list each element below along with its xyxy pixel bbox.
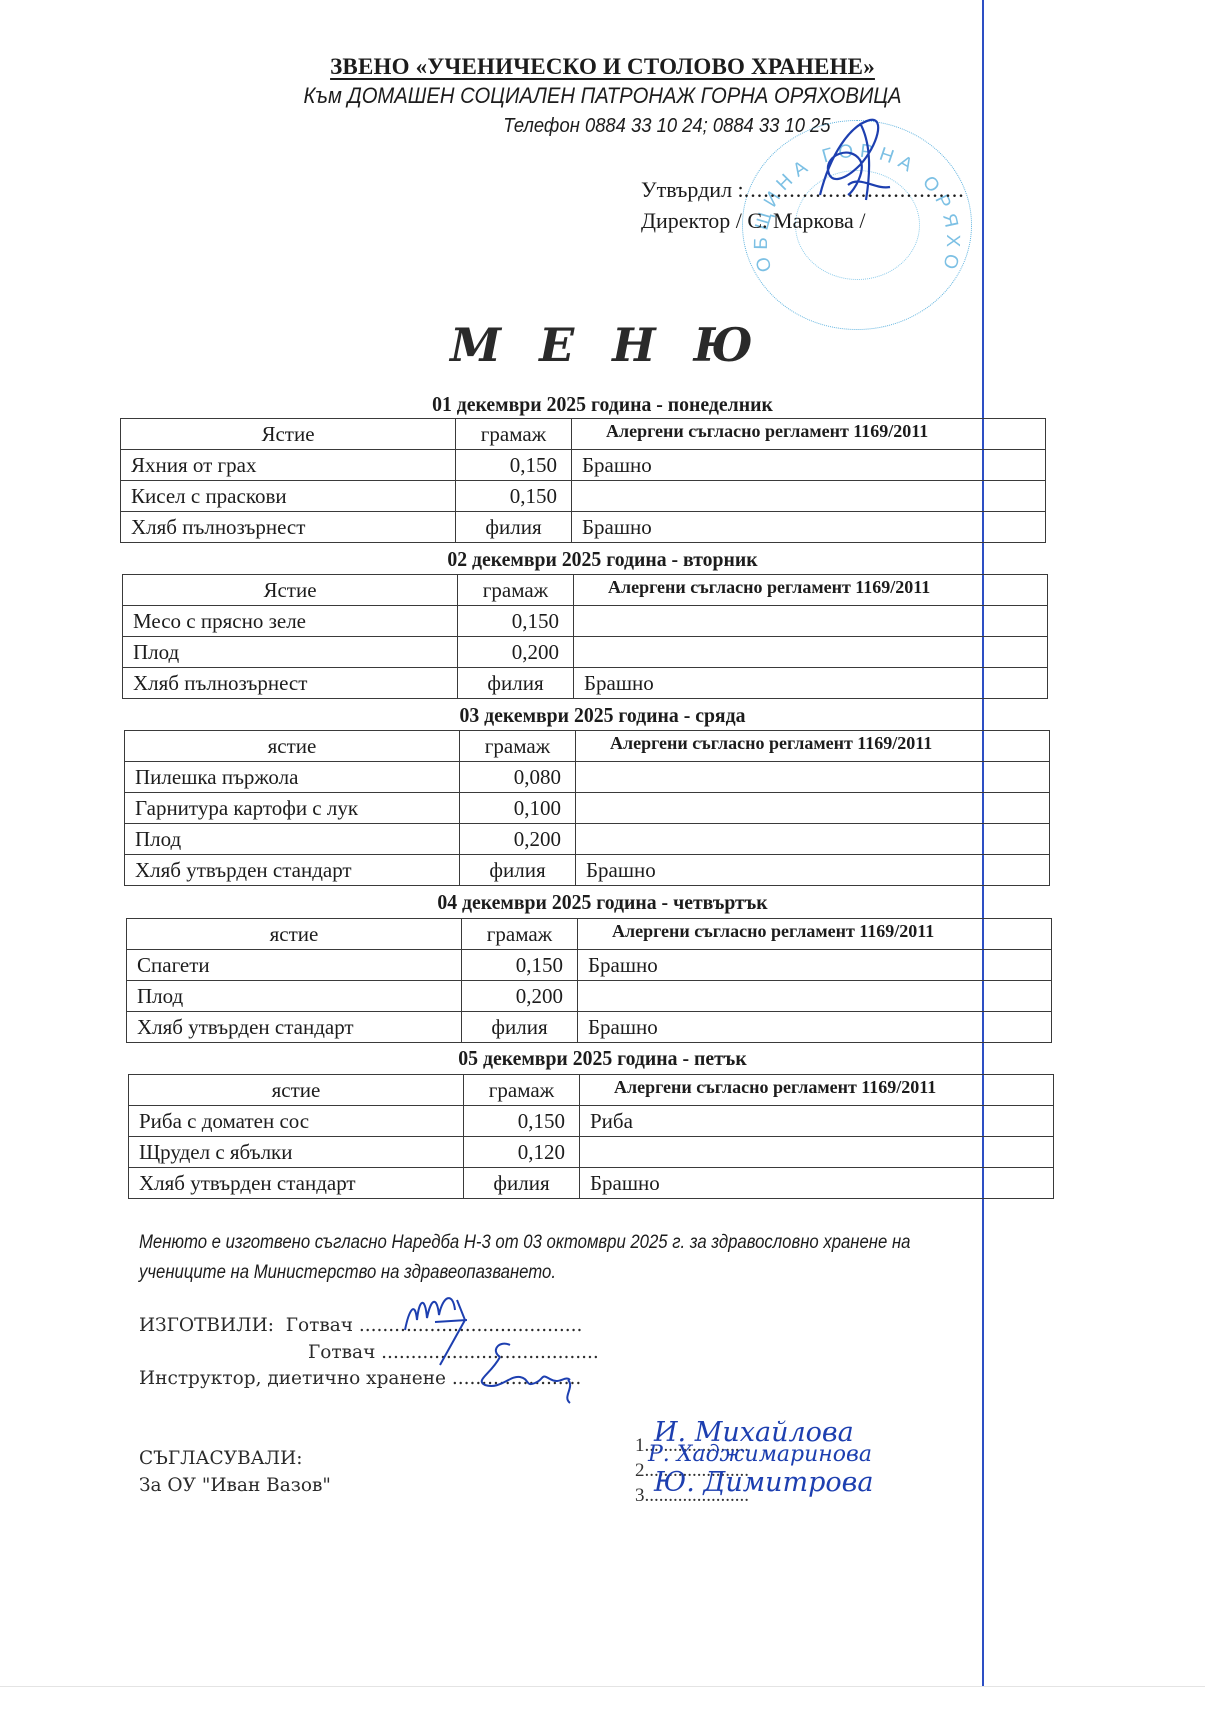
day-heading: 01 декември 2025 година - понеделник: [36, 392, 1169, 417]
dish-cell: Месо с прясно зеле: [123, 606, 458, 637]
allergens-column-header: Алергени съгласно регламент 1169/2011: [578, 919, 1052, 950]
allergens-cell: Брашно: [580, 1168, 1054, 1199]
approved-label: Утвърдил :: [641, 177, 744, 202]
quantity-cell: 0,200: [458, 637, 574, 668]
day-heading: 04 декември 2025 година - четвъртък: [36, 890, 1169, 915]
allergens-cell: Брашно: [574, 668, 1048, 699]
table-row: Яхния от грах0,150Брашно: [121, 450, 1046, 481]
agreed-label: СЪГЛАСУВАЛИ:: [139, 1448, 302, 1469]
allergens-cell: [572, 481, 1046, 512]
parent-organization: Към ДОМАШЕН СОЦИАЛЕН ПАТРОНАЖ ГОРНА ОРЯХ…: [48, 83, 1157, 109]
quantity-cell: филия: [460, 855, 576, 886]
table-row: Хляб утвърден стандартфилияБрашно: [129, 1168, 1054, 1199]
dish-cell: Плод: [125, 824, 460, 855]
quantity-column-header: грамаж: [456, 419, 572, 450]
allergens-column-header: Алергени съгласно регламент 1169/2011: [574, 575, 1048, 606]
quantity-column-header: грамаж: [458, 575, 574, 606]
dish-column-header: ястие: [125, 731, 460, 762]
allergens-cell: Брашно: [576, 855, 1050, 886]
allergens-cell: [576, 824, 1050, 855]
quantity-column-header: грамаж: [464, 1075, 580, 1106]
dish-cell: Хляб пълнозърнест: [121, 512, 456, 543]
allergens-column-header: Алергени съгласно регламент 1169/2011: [572, 419, 1046, 450]
dish-column-header: Ястие: [123, 575, 458, 606]
allergens-column-header: Алергени съгласно регламент 1169/2011: [580, 1075, 1054, 1106]
table-row: Хляб пълнозърнестфилияБрашно: [123, 668, 1048, 699]
allergens-cell: [576, 762, 1050, 793]
allergens-cell: [578, 981, 1052, 1012]
dish-column-header: ястие: [127, 919, 462, 950]
quantity-cell: филия: [464, 1168, 580, 1199]
table-row: Плод0,200: [125, 824, 1050, 855]
table-row: Кисел с праскови0,150: [121, 481, 1046, 512]
table-row: Хляб утвърден стандартфилияБрашно: [127, 1012, 1052, 1043]
dish-cell: Риба с доматен сос: [129, 1106, 464, 1137]
instructor-signature-icon: [470, 1335, 600, 1405]
quantity-cell: филия: [458, 668, 574, 699]
handwritten-signature: Р. Хаджимаринова: [648, 1442, 872, 1467]
allergens-cell: Брашно: [578, 950, 1052, 981]
dish-column-header: ястие: [129, 1075, 464, 1106]
scan-bottom-edge: [0, 1686, 1205, 1687]
table-header-row: ЯстиеграмажАлергени съгласно регламент 1…: [121, 419, 1046, 450]
day-menu-table: ястиеграмажАлергени съгласно регламент 1…: [124, 730, 1050, 886]
day-menu-table: ЯстиеграмажАлергени съгласно регламент 1…: [120, 418, 1046, 543]
quantity-cell: 0,150: [456, 450, 572, 481]
signer-number: 3: [635, 1485, 645, 1506]
table-row: Щрудел с ябълки0,120: [129, 1137, 1054, 1168]
organization-name: ЗВЕНО «УЧЕНИЧЕСКО И СТОЛОВО ХРАНЕНЕ»: [330, 54, 875, 79]
quantity-cell: 0,150: [456, 481, 572, 512]
quantity-cell: филия: [456, 512, 572, 543]
allergens-cell: Брашно: [578, 1012, 1052, 1043]
allergens-cell: Брашно: [572, 450, 1046, 481]
school-name: За ОУ "Иван Вазов": [139, 1475, 331, 1496]
allergens-cell: [574, 637, 1048, 668]
dish-cell: Хляб утвърден стандарт: [129, 1168, 464, 1199]
organization-title: ЗВЕНО «УЧЕНИЧЕСКО И СТОЛОВО ХРАНЕНЕ»: [0, 54, 1205, 80]
day-heading: 03 декември 2025 година - сряда: [36, 703, 1169, 728]
quantity-cell: 0,150: [462, 950, 578, 981]
dish-cell: Хляб утвърден стандарт: [125, 855, 460, 886]
regulation-note: Менюто е изготвено съгласно Наредба Н-3 …: [139, 1228, 984, 1288]
note-line-2: учениците на Министерство на здравеопазв…: [139, 1258, 984, 1288]
quantity-cell: 0,200: [462, 981, 578, 1012]
note-line-1: Менюто е изготвено съгласно Наредба Н-3 …: [139, 1228, 984, 1258]
quantity-column-header: грамаж: [462, 919, 578, 950]
dish-cell: Хляб утвърден стандарт: [127, 1012, 462, 1043]
table-row: Пилешка пържола0,080: [125, 762, 1050, 793]
table-row: Плод0,200: [123, 637, 1048, 668]
quantity-cell: 0,080: [460, 762, 576, 793]
dish-cell: Гарнитура картофи с лук: [125, 793, 460, 824]
quantity-cell: 0,150: [464, 1106, 580, 1137]
quantity-cell: 0,100: [460, 793, 576, 824]
allergens-cell: Брашно: [572, 512, 1046, 543]
quantity-cell: 0,120: [464, 1137, 580, 1168]
table-row: Риба с доматен сос0,150Риба: [129, 1106, 1054, 1137]
day-menu-table: ястиеграмажАлергени съгласно регламент 1…: [128, 1074, 1054, 1199]
signer-number: 2: [635, 1460, 645, 1481]
allergens-cell: [574, 606, 1048, 637]
prepared-by-label-row: ИЗГОТВИЛИ: Готвач ......................…: [139, 1315, 582, 1336]
handwritten-signature: Ю. Димитрова: [654, 1467, 873, 1498]
director-line: Директор / С. Маркова /: [641, 205, 965, 236]
page-title: М Е Н Ю: [0, 318, 1205, 372]
allergens-cell: [580, 1137, 1054, 1168]
table-header-row: ястиеграмажАлергени съгласно регламент 1…: [127, 919, 1052, 950]
allergens-cell: [576, 793, 1050, 824]
director-signature-icon: [800, 115, 910, 205]
quantity-cell: 0,150: [458, 606, 574, 637]
dish-cell: Плод: [123, 637, 458, 668]
dish-cell: Щрудел с ябълки: [129, 1137, 464, 1168]
table-header-row: ЯстиеграмажАлергени съгласно регламент 1…: [123, 575, 1048, 606]
dish-cell: Кисел с праскови: [121, 481, 456, 512]
table-row: Месо с прясно зеле0,150: [123, 606, 1048, 637]
table-row: Спагети0,150Брашно: [127, 950, 1052, 981]
signer-number: 1: [635, 1435, 645, 1456]
day-heading: 02 декември 2025 година - вторник: [36, 547, 1169, 572]
quantity-cell: филия: [462, 1012, 578, 1043]
allergens-cell: Риба: [580, 1106, 1054, 1137]
dish-cell: Яхния от грах: [121, 450, 456, 481]
table-row: Гарнитура картофи с лук0,100: [125, 793, 1050, 824]
dish-column-header: Ястие: [121, 419, 456, 450]
dish-cell: Хляб пълнозърнест: [123, 668, 458, 699]
table-row: Хляб утвърден стандартфилияБрашно: [125, 855, 1050, 886]
table-header-row: ястиеграмажАлергени съгласно регламент 1…: [125, 731, 1050, 762]
table-header-row: ястиеграмажАлергени съгласно регламент 1…: [129, 1075, 1054, 1106]
day-menu-table: ЯстиеграмажАлергени съгласно регламент 1…: [122, 574, 1048, 699]
dish-cell: Плод: [127, 981, 462, 1012]
dish-cell: Пилешка пържола: [125, 762, 460, 793]
quantity-column-header: грамаж: [460, 731, 576, 762]
phone-line: Телефон 0884 33 10 24; 0884 33 10 25: [48, 115, 1157, 138]
dish-cell: Спагети: [127, 950, 462, 981]
table-row: Хляб пълнозърнестфилияБрашно: [121, 512, 1046, 543]
allergens-column-header: Алергени съгласно регламент 1169/2011: [576, 731, 1050, 762]
day-heading: 05 декември 2025 година - петък: [36, 1046, 1169, 1071]
quantity-cell: 0,200: [460, 824, 576, 855]
prepared-by-label: ИЗГОТВИЛИ:: [139, 1315, 274, 1336]
day-menu-table: ястиеграмажАлергени съгласно регламент 1…: [126, 918, 1052, 1043]
table-row: Плод0,200: [127, 981, 1052, 1012]
